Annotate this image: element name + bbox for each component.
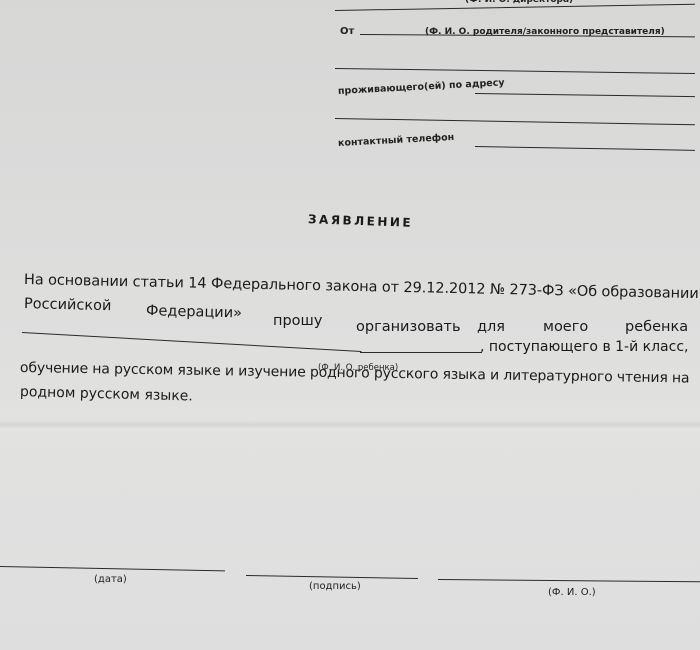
from-label: От	[340, 26, 354, 37]
body-line-2-word-5: для	[477, 319, 505, 335]
body-line-2-word-1: Российской	[24, 296, 112, 314]
signature-line[interactable]	[246, 575, 418, 579]
body-line-5: родном русском языке.	[20, 384, 193, 405]
parent-name-line-2[interactable]	[335, 68, 695, 74]
body-line-2-word-6: моего	[543, 319, 588, 335]
name-line[interactable]	[438, 579, 700, 582]
child-name-line-a[interactable]	[22, 332, 362, 352]
body-line-2-word-3: прошу	[273, 313, 322, 329]
address-line-2[interactable]	[335, 118, 695, 125]
date-caption: (дата)	[94, 574, 127, 585]
body-line-2-word-2: Федерации»	[146, 303, 242, 322]
parent-caption: (Ф. И. О. родителя/законного представите…	[425, 27, 665, 37]
phone-label: контактный телефон	[338, 132, 455, 149]
date-line[interactable]	[0, 566, 225, 571]
body-line-2-word-4: организовать	[356, 319, 461, 335]
address-line-1[interactable]	[475, 93, 695, 97]
name-caption: (Ф. И. О.)	[548, 587, 596, 598]
body-line-2-word-7: ребенка	[625, 319, 688, 335]
body-line-3-tail: , поступающего в 1-й класс,	[480, 339, 688, 355]
director-caption: (Ф. И. О. директора)	[465, 0, 573, 5]
phone-line[interactable]	[475, 146, 695, 151]
signature-caption: (подпись)	[309, 581, 361, 592]
paper-fold-crease	[0, 420, 700, 430]
document-title: ЗАЯВЛЕНИЕ	[308, 212, 414, 230]
child-name-line-b[interactable]	[360, 352, 482, 353]
body-line-1: На основании статьи 14 Федерального зако…	[24, 272, 700, 302]
